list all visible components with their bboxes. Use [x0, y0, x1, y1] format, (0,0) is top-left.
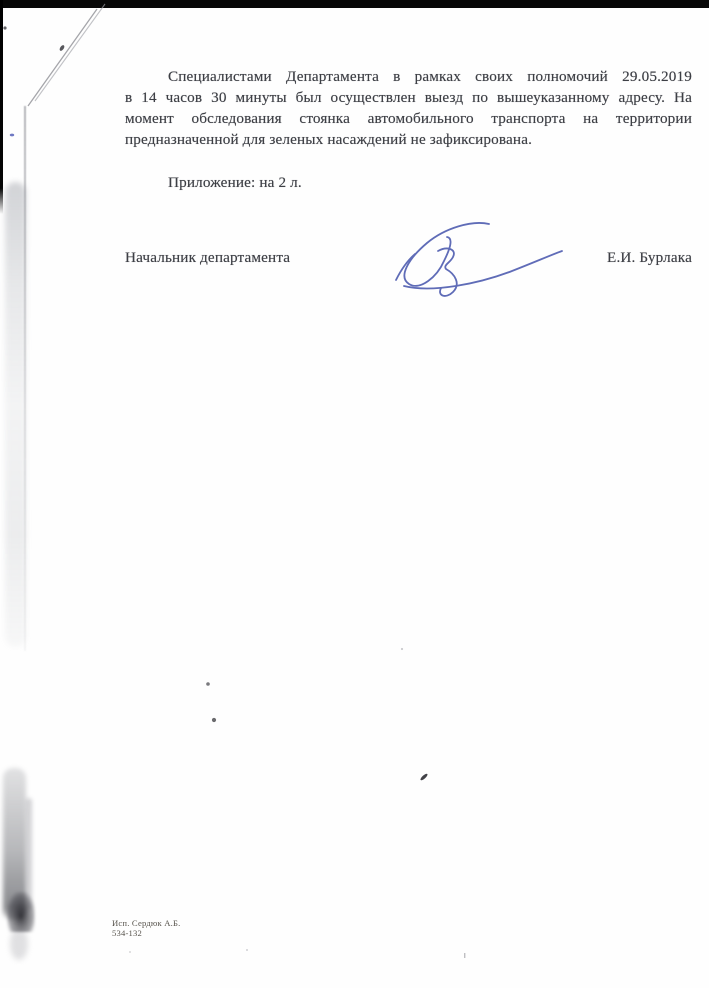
scan-fold-streak [24, 106, 26, 651]
scan-smudge-lower [3, 768, 26, 920]
paragraph-line: момент обследования стоянка автомобильно… [125, 108, 692, 129]
scan-left-edge-strip [0, 0, 3, 214]
signatory-row: Начальник департамента Е.И. Бурлака [125, 249, 692, 267]
footer-phone: 534-132 [112, 928, 181, 938]
scan-dark-blob [7, 892, 35, 932]
footer-executor: Исп. Сердюк А.Б. [112, 918, 181, 928]
scan-smudge-upper [5, 182, 26, 647]
footer-block: Исп. Сердюк А.Б. 534-132 [112, 918, 181, 938]
scan-top-edge-bar [0, 0, 709, 8]
scanned-letter-page: Специалистами Департамента в рамках свои… [0, 0, 709, 988]
signatory-name: Е.И. Бурлака [607, 249, 692, 267]
scan-smudge-fade [10, 928, 28, 960]
paragraph-line: предназначенной для зеленых насаждений н… [125, 129, 692, 150]
scan-smudge-streak [26, 798, 32, 910]
attachment-line: Приложение: на 2 л. [168, 174, 302, 192]
body-paragraph: Специалистами Департамента в рамках свои… [125, 66, 692, 150]
paragraph-line: Специалистами Департамента в рамках свои… [125, 66, 692, 87]
signatory-title: Начальник департамента [125, 249, 290, 267]
paragraph-line: в 14 часов 30 минуты был осуществлен вые… [125, 87, 692, 108]
